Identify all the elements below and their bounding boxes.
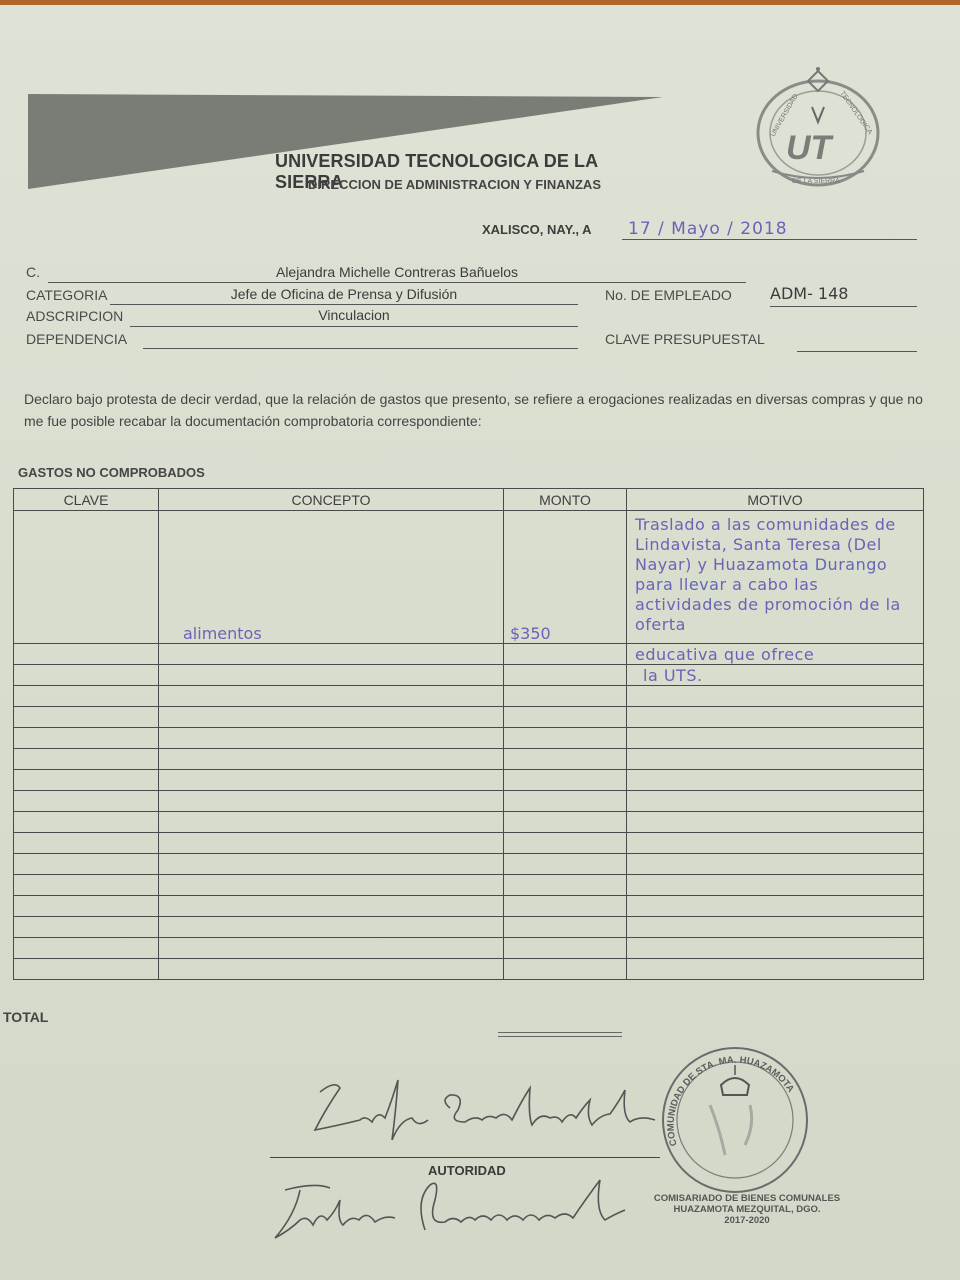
university-logo-icon: UNIVERSIDAD TECNOLOGICA DE LA SIERRA UT (752, 67, 888, 189)
table-row: educativa que ofrece (14, 644, 924, 665)
cell-monto[interactable] (504, 896, 627, 917)
svg-text:TECNOLOGICA: TECNOLOGICA (838, 90, 873, 136)
cell-concepto[interactable] (159, 707, 504, 728)
expenses-table: CLAVE CONCEPTO MONTO MOTIVO alimentos$35… (13, 488, 924, 980)
column-header-clave: CLAVE (14, 489, 159, 511)
table-row (14, 833, 924, 854)
cell-motivo[interactable] (627, 854, 924, 875)
motivo-text (633, 897, 635, 916)
concepto-text (165, 687, 183, 706)
employee-number-underline (770, 306, 917, 307)
cell-monto[interactable] (504, 812, 627, 833)
cell-clave[interactable] (14, 875, 159, 896)
table-header-row: CLAVE CONCEPTO MONTO MOTIVO (14, 489, 924, 511)
table-row (14, 791, 924, 812)
cell-clave[interactable] (14, 791, 159, 812)
concepto-text (165, 708, 183, 727)
cell-clave[interactable] (14, 833, 159, 854)
cell-clave[interactable] (14, 686, 159, 707)
employee-number-label: No. DE EMPLEADO (605, 287, 732, 303)
concepto-text (165, 855, 183, 874)
table-row (14, 707, 924, 728)
cell-concepto[interactable] (159, 833, 504, 854)
adscription-label: ADSCRIPCION (26, 308, 123, 324)
cell-clave[interactable] (14, 728, 159, 749)
cell-concepto[interactable] (159, 770, 504, 791)
total-label: TOTAL (3, 1009, 48, 1025)
motivo-text (633, 918, 635, 937)
cell-concepto[interactable] (159, 854, 504, 875)
adscription-field[interactable]: Vinculacion (130, 307, 578, 323)
cell-concepto[interactable] (159, 917, 504, 938)
category-field[interactable]: Jefe de Oficina de Prensa y Difusión (110, 286, 578, 302)
dependency-underline (143, 348, 578, 349)
cell-concepto[interactable] (159, 875, 504, 896)
cell-motivo[interactable] (627, 812, 924, 833)
motivo-text (633, 939, 635, 958)
concepto-text (165, 834, 183, 853)
cell-clave[interactable] (14, 938, 159, 959)
budget-key-label: CLAVE PRESUPUESTAL (605, 331, 765, 347)
cell-monto[interactable] (504, 833, 627, 854)
cell-concepto[interactable] (159, 959, 504, 980)
name-underline (48, 282, 746, 283)
table-row (14, 959, 924, 980)
cell-monto[interactable] (504, 770, 627, 791)
adscription-underline (130, 326, 578, 327)
dependency-label: DEPENDENCIA (26, 331, 127, 347)
cell-monto[interactable] (504, 728, 627, 749)
cell-clave[interactable] (14, 665, 159, 686)
motivo-text: la UTS. (633, 666, 703, 685)
place-label: XALISCO, NAY., A (482, 222, 592, 237)
concepto-text (165, 645, 183, 664)
cell-monto[interactable] (504, 875, 627, 896)
cell-monto[interactable] (504, 791, 627, 812)
cell-monto[interactable] (504, 707, 627, 728)
monto-text: $350 (510, 624, 551, 643)
concepto-text (165, 960, 183, 979)
cell-motivo[interactable] (627, 686, 924, 707)
concepto-text (165, 918, 183, 937)
concepto-text (165, 876, 183, 895)
motivo-text (633, 960, 635, 979)
cell-motivo[interactable] (627, 791, 924, 812)
declaration-text: Declaro bajo protesta de decir verdad, q… (24, 388, 929, 432)
cell-motivo[interactable] (627, 896, 924, 917)
cell-motivo[interactable]: Traslado a las comunidades de Lindavista… (627, 511, 924, 644)
motivo-text (633, 729, 635, 748)
category-underline (110, 304, 578, 305)
cell-motivo[interactable]: educativa que ofrece (627, 644, 924, 665)
column-header-monto: MONTO (504, 489, 627, 511)
table-row (14, 854, 924, 875)
table-row (14, 875, 924, 896)
cell-motivo[interactable] (627, 770, 924, 791)
date-underline (622, 239, 917, 240)
table-row (14, 896, 924, 917)
department-subtitle: DIRECCION DE ADMINISTRACION Y FINANZAS (308, 177, 601, 192)
motivo-text (633, 834, 635, 853)
motivo-text (633, 792, 635, 811)
concepto-text: alimentos (165, 624, 262, 643)
category-label: CATEGORIA (26, 287, 107, 303)
document-page: UNIVERSIDAD TECNOLOGICA DE LA SIERRA UT … (0, 5, 960, 1280)
cell-monto[interactable] (504, 644, 627, 665)
column-header-motivo: MOTIVO (627, 489, 924, 511)
concepto-text (165, 813, 183, 832)
cell-monto[interactable] (504, 959, 627, 980)
logo-initials: UT (786, 129, 835, 167)
cell-clave[interactable] (14, 644, 159, 665)
cell-monto[interactable]: $350 (504, 511, 627, 644)
cell-motivo[interactable]: la UTS. (627, 665, 924, 686)
concepto-text (165, 792, 183, 811)
cell-motivo[interactable] (627, 833, 924, 854)
cell-concepto[interactable] (159, 686, 504, 707)
table-row (14, 686, 924, 707)
concepto-text (165, 939, 183, 958)
cell-clave[interactable] (14, 707, 159, 728)
cell-concepto[interactable]: alimentos (159, 511, 504, 644)
table-row (14, 728, 924, 749)
concepto-text (165, 666, 183, 685)
cell-concepto[interactable] (159, 938, 504, 959)
motivo-text (633, 750, 635, 769)
cell-monto[interactable] (504, 665, 627, 686)
table-row (14, 770, 924, 791)
motivo-text (633, 687, 635, 706)
date-field[interactable]: 17 / Mayo / 2018 (628, 219, 788, 239)
table-row: alimentos$350Traslado a las comunidades … (14, 511, 924, 644)
cell-motivo[interactable] (627, 707, 924, 728)
cell-concepto[interactable] (159, 665, 504, 686)
cell-clave[interactable] (14, 917, 159, 938)
cell-clave[interactable] (14, 854, 159, 875)
table-row (14, 749, 924, 770)
concepto-text (165, 750, 183, 769)
total-double-underline (498, 1032, 622, 1037)
motivo-text (633, 708, 635, 727)
cell-monto[interactable] (504, 749, 627, 770)
svg-text:DE LA SIERRA: DE LA SIERRA (792, 178, 840, 185)
cell-concepto[interactable] (159, 644, 504, 665)
motivo-text (633, 876, 635, 895)
concepto-text (165, 771, 183, 790)
cell-motivo[interactable] (627, 938, 924, 959)
name-label: C. (26, 264, 40, 280)
signature-treasurer (275, 1180, 625, 1238)
table-row (14, 938, 924, 959)
cell-concepto[interactable] (159, 728, 504, 749)
cell-concepto[interactable] (159, 791, 504, 812)
motivo-text (633, 855, 635, 874)
cell-motivo[interactable] (627, 875, 924, 896)
table-row: la UTS. (14, 665, 924, 686)
cell-monto[interactable] (504, 938, 627, 959)
expenses-title: GASTOS NO COMPROBADOS (18, 465, 205, 480)
cell-clave[interactable] (14, 511, 159, 644)
cell-monto[interactable] (504, 854, 627, 875)
cell-concepto[interactable] (159, 896, 504, 917)
signature-authority (300, 1070, 670, 1165)
budget-key-underline (797, 351, 917, 352)
motivo-text (633, 771, 635, 790)
table-row (14, 812, 924, 833)
concepto-text (165, 897, 183, 916)
cell-motivo[interactable] (627, 749, 924, 770)
cell-clave[interactable] (14, 770, 159, 791)
cell-clave[interactable] (14, 749, 159, 770)
cell-monto[interactable] (504, 917, 627, 938)
name-field[interactable]: Alejandra Michelle Contreras Bañuelos (48, 264, 746, 280)
cell-monto[interactable] (504, 686, 627, 707)
cell-motivo[interactable] (627, 959, 924, 980)
cell-clave[interactable] (14, 959, 159, 980)
employee-number-field[interactable]: ADM- 148 (770, 284, 890, 303)
table-row (14, 917, 924, 938)
motivo-text: educativa que ofrece (633, 645, 814, 664)
community-stamp-icon: COMUNIDAD DE STA. MA. HUAZAMOTA (655, 1035, 845, 1195)
cell-motivo[interactable] (627, 728, 924, 749)
cell-clave[interactable] (14, 812, 159, 833)
concepto-text (165, 729, 183, 748)
motivo-text: Traslado a las comunidades de Lindavista… (635, 515, 920, 635)
motivo-text (633, 813, 635, 832)
cell-concepto[interactable] (159, 812, 504, 833)
column-header-concepto: CONCEPTO (159, 489, 504, 511)
cell-motivo[interactable] (627, 917, 924, 938)
cell-concepto[interactable] (159, 749, 504, 770)
stamp-text: COMISARIADO DE BIENES COMUNALES HUAZAMOT… (632, 1193, 862, 1226)
cell-clave[interactable] (14, 896, 159, 917)
signature-line (270, 1157, 660, 1158)
